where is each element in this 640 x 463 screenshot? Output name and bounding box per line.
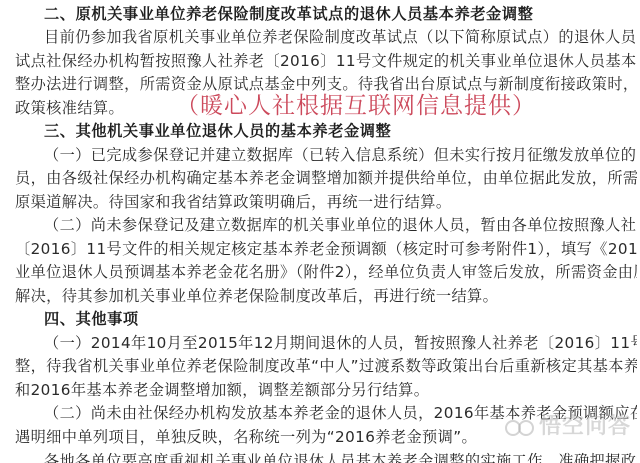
paragraph-line: （一）已完成参保登记并建立数据库（已转入信息系统）但未实行按月征缴发放单位的退休… — [44, 145, 637, 165]
paragraph-line: 目前仍参加我省原机关事业单位养老保险制度改革试点（以下简称原试点）的退休人员，由… — [44, 27, 637, 47]
section-3-heading: 三、其他机关事业单位退休人员的基本养老金调整 — [44, 121, 640, 141]
wukong-logo-icon — [505, 417, 535, 437]
paragraph-line: 各地各单位要高度重视机关事业单位退休人员基本养老金调整的实施工作，准确把握政策，… — [44, 451, 637, 463]
paragraph-line: 整办法进行调整，所需资金从原试点基金中列支。待我省出台原试点与新制度衔接政策时，… — [15, 74, 637, 94]
document-page: 二、原机关事业单位养老保险制度改革试点的退休人员基本养老金调整 目前仍参加我省原… — [0, 0, 640, 463]
section-2-heading: 二、原机关事业单位养老保险制度改革试点的退休人员基本养老金调整 — [44, 4, 640, 24]
paragraph-line: 和2016年基本养老金调整增加额，调整差额部分另行结算。 — [15, 380, 637, 400]
paragraph-line: 〔2016〕11号文件的相关规定核定基本养老金预调额（核定时可参考附件1），填写… — [15, 239, 637, 259]
paragraph-line: （二）尚未参保登记及建立数据库的机关事业单位的退休人员，暂由各单位按照豫人社养老 — [44, 215, 637, 235]
paragraph-line: 原渠道解决。待国家和我省结算政策明确后，再统一进行结算。 — [15, 192, 637, 212]
paragraph-line: 员，由各级社保经办机构确定基本养老金调整增加额并提供给单位，由单位据此发放，所需… — [15, 168, 637, 188]
paragraph-line: 解决，待其参加机关事业单位养老保险制度改革后，再进行统一结算。 — [15, 286, 637, 306]
paragraph-line: （一）2014年10月至2015年12月期间退休的人员，暂按照豫人社养老〔201… — [44, 333, 637, 353]
watermark: 悟空问答 — [505, 415, 631, 439]
paragraph-line: 试点社保经办机构暂按照豫人社养老〔2016〕11号文件规定的机关事业单位退休人员… — [15, 51, 637, 71]
paragraph-line: 业单位退休人员预调基本养老金花名册》（附件2），经单位负责人审签后发放，所需资金… — [15, 262, 637, 282]
watermark-text: 悟空问答 — [539, 415, 631, 439]
source-note: （暖心人社根据互联网信息提供） — [176, 92, 536, 120]
paragraph-line: 整，待我省机关事业单位养老保险制度改革“中人”过渡系数等政策出台后重新核定其基本… — [15, 356, 637, 376]
section-4-heading: 四、其他事项 — [44, 309, 640, 329]
